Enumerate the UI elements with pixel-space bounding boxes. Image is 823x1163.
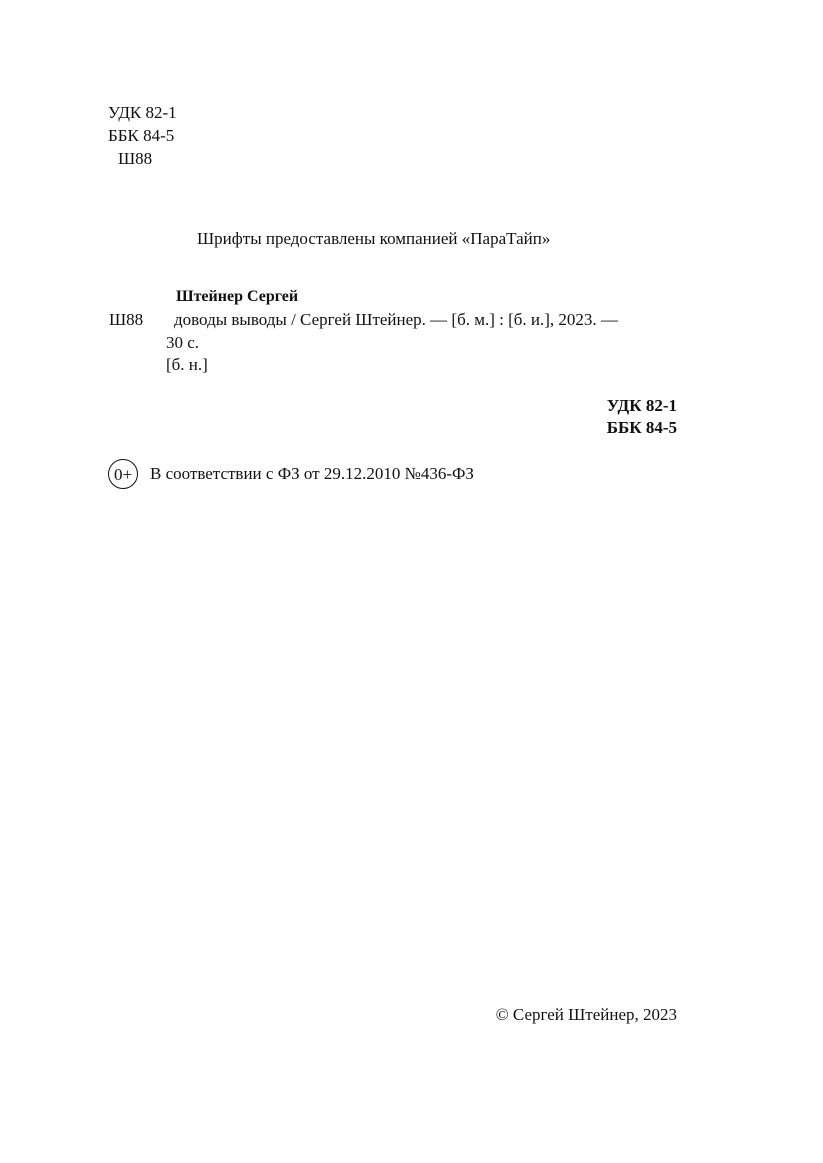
- udk-code-top: УДК 82-1: [108, 102, 177, 124]
- udk-code-right: УДК 82-1: [607, 395, 677, 417]
- bbk-code-right: ББК 84-5: [607, 417, 677, 439]
- record-author: Штейнер Сергей: [176, 286, 298, 308]
- record-author-sign: Ш88: [109, 309, 143, 331]
- age-rating-badge: 0+: [108, 459, 138, 489]
- fonts-note: Шрифты предоставлены компанией «ПараТайп…: [197, 228, 550, 250]
- author-sign-top: Ш88: [118, 148, 152, 170]
- age-rating-text: В соответствии с ФЗ от 29.12.2010 №436-Ф…: [150, 463, 474, 485]
- age-rating-circle-icon: 0+: [108, 459, 138, 489]
- record-pages: 30 с.: [166, 332, 199, 354]
- bbk-code-top: ББК 84-5: [108, 125, 174, 147]
- copyright: © Сергей Штейнер, 2023: [496, 1004, 677, 1026]
- record-title-line: доводы выводы / Сергей Штейнер. — [б. м.…: [174, 309, 618, 331]
- record-series: [б. н.]: [166, 354, 208, 376]
